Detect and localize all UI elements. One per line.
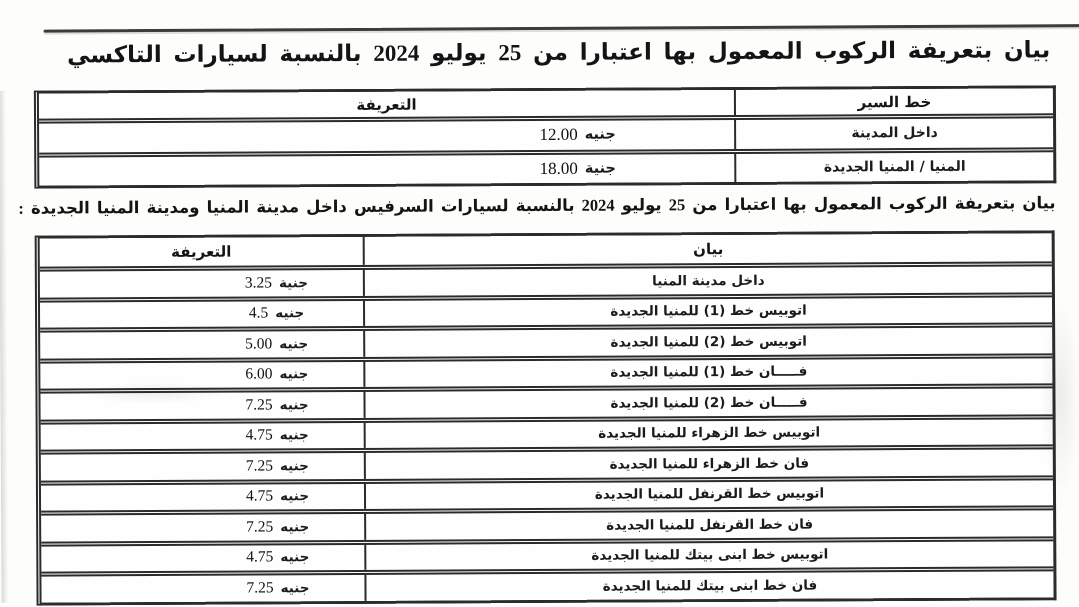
fare-unit: جنيه xyxy=(275,305,304,321)
table-row: 4.75 جنيه اتوبيس خط ابنى بيتك للمنيا الج… xyxy=(41,536,1053,572)
route-description-cell: اتوبيس خط (2) للمنيا الجديدة xyxy=(363,327,1052,356)
fare-column-header: التعريفة xyxy=(40,237,363,267)
fare-amount: 4.5 xyxy=(249,305,268,323)
fare-amount: 4.75 xyxy=(246,549,273,567)
fare-unit: جنيه xyxy=(280,397,309,413)
route-column-header: خط السير xyxy=(734,88,1053,115)
fare-amount: 7.25 xyxy=(246,457,273,475)
fare-unit: جنية xyxy=(279,275,308,291)
fare-cell: 7.25 جنيه xyxy=(41,514,364,541)
fare-amount: 4.75 xyxy=(246,427,273,445)
fare-cell: 3.25 جنية xyxy=(40,270,363,297)
route-description-cell: فان خط القرنفل للمنيا الجديدة xyxy=(364,510,1053,539)
table-row: 6.00 جنيه فـــــان خط (1) للمنيا الجديدة xyxy=(40,353,1052,389)
route-description-cell: فان خط ابنى بيتك للمنيا الجديدة xyxy=(364,571,1053,600)
fare-cell: 18.00 جنية xyxy=(39,153,734,185)
fare-amount: 4.75 xyxy=(246,488,273,506)
fare-cell: 7.25 جنيه xyxy=(41,575,364,602)
fare-unit: جنيه xyxy=(280,427,309,443)
taxi-tariff-title: بيان بتعريفة الركوب المعمول بها اعتبارا … xyxy=(59,37,1059,68)
fare-amount: 7.25 xyxy=(246,579,273,597)
fare-unit: جنية xyxy=(585,160,616,176)
fare-amount: 7.25 xyxy=(246,518,273,536)
fare-column-header: التعريفة xyxy=(39,90,734,119)
description-column-header: بيان xyxy=(363,233,1052,265)
taxi-table-header-row: التعريفة خط السير xyxy=(39,88,1053,118)
service-fare-table: التعريفة بيان 3.25 جنية داخل مدينة المني… xyxy=(35,230,1057,605)
table-row: 4.75 جنيه اتوبيس خط الزهراء للمنيا الجدي… xyxy=(41,414,1053,450)
fare-cell: 7.25 جنيه xyxy=(40,392,363,419)
table-row: 4.75 جنيه اتوبيس خط القرنفل للمنيا الجدي… xyxy=(41,475,1053,511)
table-row: 7.25 جنيه فـــــان خط (2) للمنيا الجديدة xyxy=(40,383,1052,419)
fare-cell: 4.75 جنيه xyxy=(41,544,364,571)
route-description-cell: داخل مدينة المنيا xyxy=(363,266,1052,295)
taxi-fare-table: التعريفة خط السير 12.00 جنيه داخل المدين… xyxy=(34,85,1056,188)
route-description-cell: اتوبيس خط ابنى بيتك للمنيا الجديدة xyxy=(364,541,1053,570)
fare-unit: جنيه xyxy=(280,549,309,565)
fare-cell: 4.75 جنيه xyxy=(41,483,364,510)
fare-unit: جنيه xyxy=(585,127,616,143)
table-row: 7.25 جنيه فان خط القرنفل للمنيا الجديدة xyxy=(41,505,1053,541)
route-description-cell: فان خط الزهراء للمنيا الجديدة xyxy=(364,449,1053,478)
fare-cell: 12.00 جنيه xyxy=(39,120,734,152)
route-cell: داخل المدينة xyxy=(734,118,1053,148)
fare-cell: 5.00 جنيه xyxy=(40,331,363,358)
fare-unit: جنيه xyxy=(280,488,309,504)
table-row: 7.25 جنيه فان خط ابنى بيتك للمنيا الجديد… xyxy=(41,566,1053,602)
fare-unit: جنيه xyxy=(281,580,310,596)
service-table-header-row: التعريفة بيان xyxy=(40,233,1052,266)
fare-amount: 5.00 xyxy=(245,335,272,353)
scan-edge-shadow xyxy=(0,91,9,603)
fare-amount: 18.00 xyxy=(540,159,578,179)
fare-amount: 12.00 xyxy=(539,125,577,145)
table-row: 7.25 جنيه فان خط الزهراء للمنيا الجديدة xyxy=(41,444,1053,480)
table-row: 3.25 جنية داخل مدينة المنيا xyxy=(40,261,1052,297)
fare-cell: 4.5 جنيه xyxy=(40,300,363,327)
fare-cell: 4.75 جنيه xyxy=(41,422,364,449)
fare-unit: جنيه xyxy=(279,366,308,382)
route-description-cell: اتوبيس خط الزهراء للمنيا الجديدة xyxy=(364,419,1053,448)
service-tariff-title: بيان بتعريفة الركوب المعمول بها اعتبارا … xyxy=(14,193,1059,218)
table-row: 12.00 جنيه داخل المدينة xyxy=(39,113,1053,152)
fare-amount: 7.25 xyxy=(245,396,272,414)
fare-amount: 6.00 xyxy=(245,366,272,384)
fare-unit: جنيه xyxy=(280,519,309,535)
route-description-cell: اتوبيس خط القرنفل للمنيا الجديدة xyxy=(364,480,1053,509)
fare-cell: 6.00 جنيه xyxy=(40,361,363,388)
route-cell: المنيا / المنيا الجديدة xyxy=(734,152,1053,182)
fare-unit: جنيه xyxy=(280,458,309,474)
header-divider-line xyxy=(44,24,1079,32)
table-row: 5.00 جنيه اتوبيس خط (2) للمنيا الجديدة xyxy=(40,322,1052,358)
route-description-cell: اتوبيس خط (1) للمنيا الجديدة xyxy=(363,297,1052,326)
table-row: 4.5 جنيه اتوبيس خط (1) للمنيا الجديدة xyxy=(40,292,1052,328)
route-description-cell: فـــــان خط (1) للمنيا الجديدة xyxy=(363,358,1052,387)
fare-cell: 7.25 جنيه xyxy=(41,453,364,480)
fare-amount: 3.25 xyxy=(245,274,272,292)
table-row: 18.00 جنية المنيا / المنيا الجديدة xyxy=(39,147,1053,186)
fare-unit: جنيه xyxy=(279,336,308,352)
scanned-document-page: بيان بتعريفة الركوب المعمول بها اعتبارا … xyxy=(0,0,1079,607)
route-description-cell: فـــــان خط (2) للمنيا الجديدة xyxy=(363,388,1052,417)
